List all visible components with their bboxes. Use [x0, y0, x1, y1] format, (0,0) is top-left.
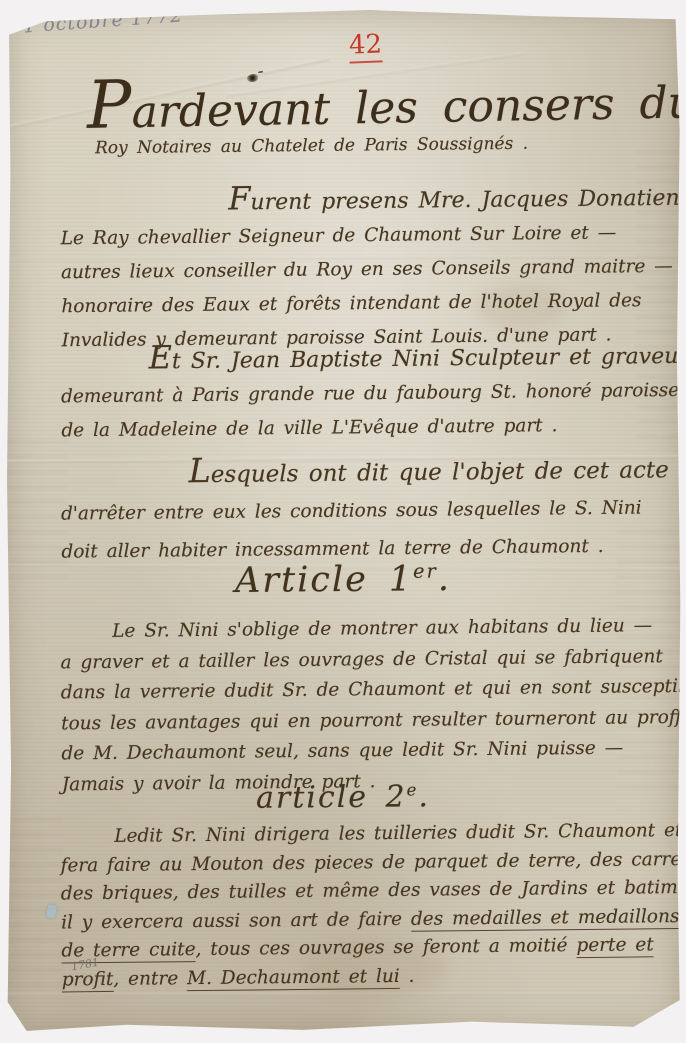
scan-background: 1 octobre 1772 42 Pardevant les consers …	[0, 0, 686, 1043]
folio-number-value: 42	[348, 29, 382, 63]
article-2-heading: article 2e.	[5, 777, 681, 818]
manuscript-line: de la Madeleine de la ville L'Evêque d'a…	[61, 408, 686, 449]
object-clause-paragraph: Lesquels ont dit que l'objet de cet acte…	[60, 446, 686, 571]
article-1-period: .	[438, 559, 451, 599]
underlined-phrase: profit	[62, 968, 114, 992]
manuscript-line: Lesquels ont dit que l'objet de cet acte…	[60, 446, 686, 495]
folio-number: 42	[349, 30, 382, 63]
article-2-ordinal: e	[407, 780, 419, 799]
underlined-phrase: M. Dechaumont et lui	[187, 965, 400, 990]
article-2-period: .	[418, 779, 430, 814]
line-text: , entre	[113, 968, 187, 990]
manuscript-line: Furent presens Mre. Jacques Donatien	[60, 177, 680, 222]
underlined-phrase: perte et	[576, 934, 654, 958]
article-1-heading: Article 1er.	[5, 557, 681, 603]
underlined-phrase: des medailles et medaillons	[411, 906, 680, 932]
line-text: , tous ces ouvrages se feront a moitié	[195, 935, 576, 960]
article-1-ordinal: er	[413, 560, 438, 583]
article-1-paragraph: Le Sr. Nini s'oblige de montrer aux habi…	[60, 611, 686, 801]
manuscript-line: de M. Dechaumont seul, sans que ledit Sr…	[61, 733, 686, 770]
manuscript-page: 1 octobre 1772 42 Pardevant les consers …	[5, 8, 681, 1035]
article-2-title: article 2	[256, 779, 407, 815]
document-title-line-2: Roy Notaires au Chatelet de Paris Soussi…	[95, 134, 528, 159]
second-party-paragraph: Et Sr. Jean Baptiste Nini Sculpteur et g…	[60, 335, 686, 449]
line-text: .	[400, 965, 415, 986]
manuscript-line: demeurant à Paris grande rue du faubourg…	[61, 374, 686, 415]
document-title-line-1: Pardevant les consers du —	[86, 58, 686, 142]
manuscript-line: Et Sr. Jean Baptiste Nini Sculpteur et g…	[60, 335, 686, 381]
show-through	[5, 816, 63, 986]
line-text: il y exercera aussi son art de faire	[61, 908, 411, 933]
article-1-title: Article 1	[235, 559, 414, 601]
manuscript-line: d'arrêter entre eux les conditions sous …	[61, 488, 686, 533]
show-through	[5, 428, 67, 578]
parties-paragraph: Furent presens Mre. Jacques Donatien Le …	[60, 177, 681, 358]
article-2-paragraph: Ledit Sr. Nini dirigera les tuilleries d…	[60, 817, 686, 995]
pencil-date-annotation: 1 octobre 1772	[22, 4, 183, 37]
